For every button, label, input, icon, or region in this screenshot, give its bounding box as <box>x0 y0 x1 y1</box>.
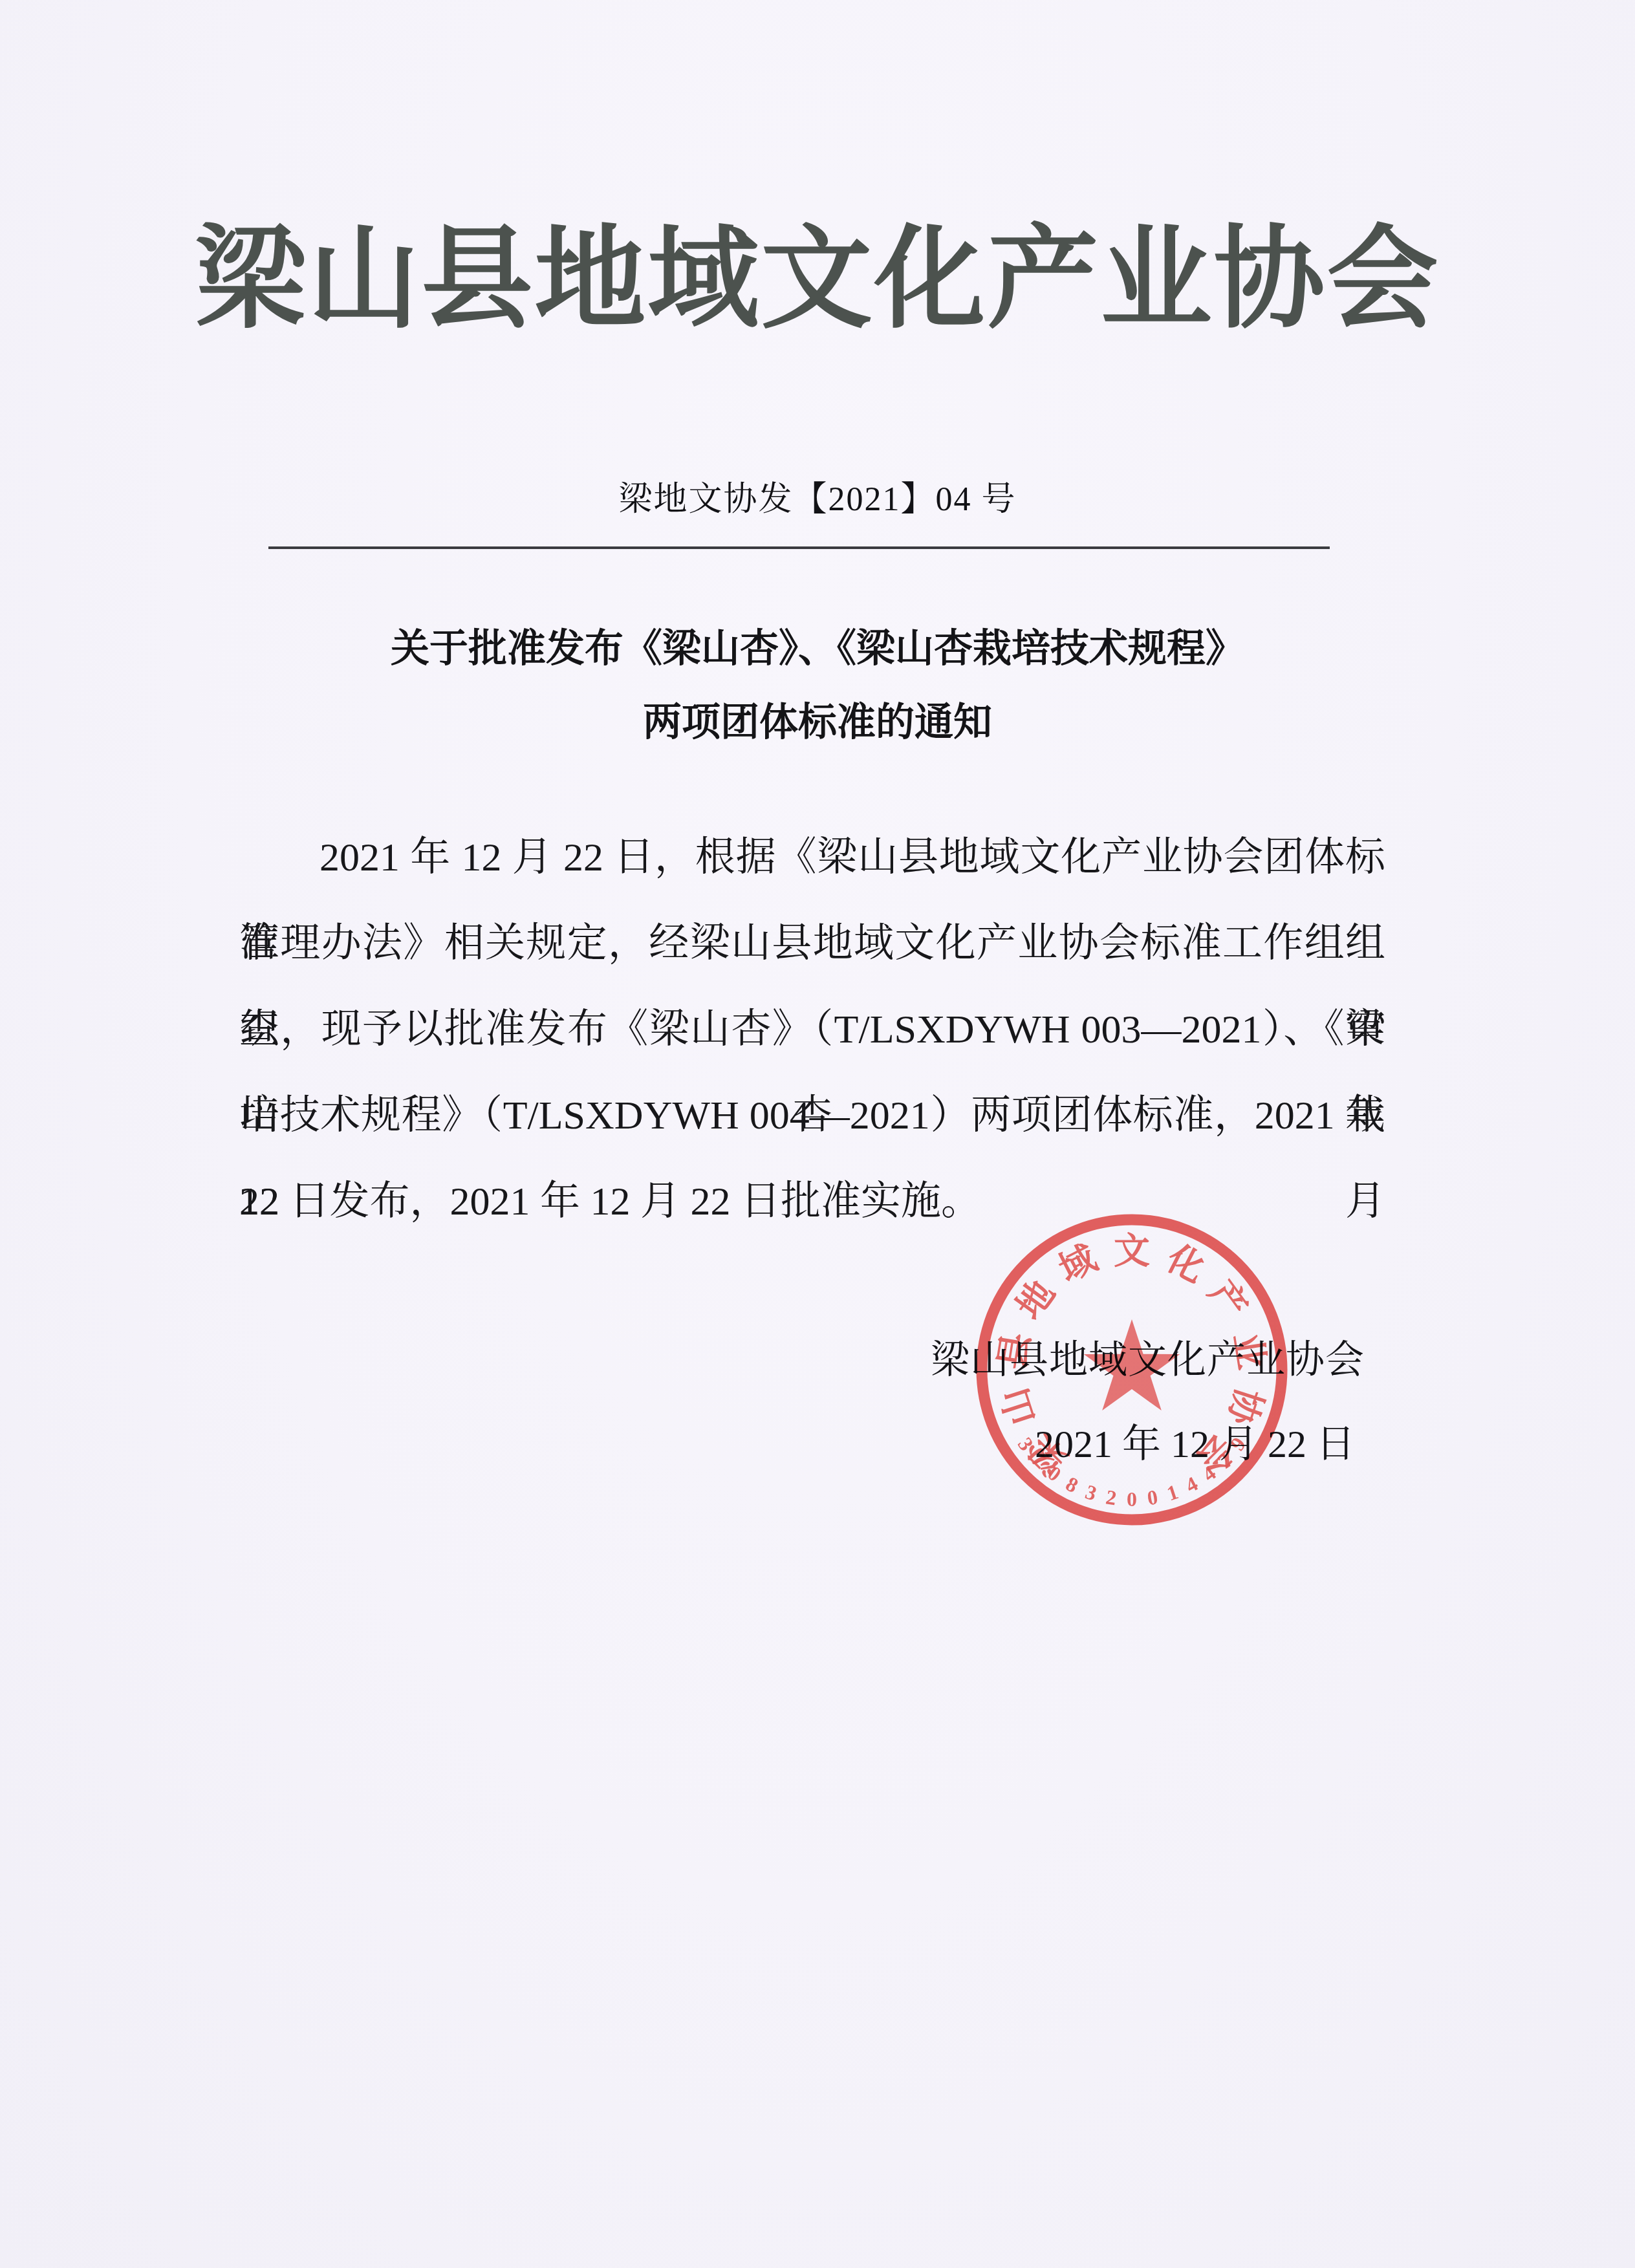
notice-title-line1: 关于批准发布《梁山杏》、《梁山杏栽培技术规程》 <box>0 625 1635 672</box>
org-title: 梁山县地域文化产业协会 <box>0 213 1635 347</box>
svg-text:0: 0 <box>1145 1485 1160 1509</box>
document-page: 梁山县地域文化产业协会 梁地文协发【2021】04 号 关于批准发布《梁山杏》、… <box>0 0 1635 2268</box>
body-line: 2021 年 12 月 22 日，根据《梁山县地域文化产业协会团体标准 <box>239 815 1385 901</box>
svg-text:4: 4 <box>1182 1472 1202 1497</box>
body-line: 管理办法》相关规定，经梁山县地域文化产业协会标准工作组组织审 <box>239 901 1385 987</box>
body-line: 查，现予以批准发布《梁山杏》（T/LSXDYWH 003—2021）、《梁山杏栽 <box>239 987 1385 1073</box>
body-line: 培技术规程》（T/LSXDYWH 004—2021）两项团体标准，2021 年 … <box>239 1073 1385 1159</box>
official-seal: 梁山县地域文化产业协会 3708320014429 <box>975 1213 1288 1526</box>
svg-text:8: 8 <box>1062 1472 1082 1497</box>
svg-text:1: 1 <box>1164 1480 1181 1505</box>
svg-text:域: 域 <box>1053 1238 1103 1291</box>
svg-text:山: 山 <box>995 1383 1044 1429</box>
body-paragraph: 2021 年 12 月 22 日，根据《梁山县地域文化产业协会团体标准 管理办法… <box>239 815 1385 1245</box>
svg-text:业: 业 <box>1226 1330 1272 1372</box>
svg-text:文: 文 <box>1114 1231 1150 1271</box>
svg-text:3: 3 <box>1083 1480 1099 1505</box>
doc-number: 梁地文协发【2021】04 号 <box>0 480 1635 520</box>
notice-title-line2: 两项团体标准的通知 <box>0 699 1635 746</box>
svg-text:地: 地 <box>1009 1274 1063 1327</box>
seal-star <box>1084 1319 1180 1410</box>
svg-text:协: 协 <box>1219 1383 1269 1431</box>
svg-text:县: 县 <box>992 1330 1037 1372</box>
svg-text:产: 产 <box>1201 1274 1255 1327</box>
svg-text:2: 2 <box>1104 1485 1118 1509</box>
svg-text:0: 0 <box>1127 1487 1137 1511</box>
svg-text:化: 化 <box>1160 1238 1211 1290</box>
header-divider <box>268 546 1330 549</box>
